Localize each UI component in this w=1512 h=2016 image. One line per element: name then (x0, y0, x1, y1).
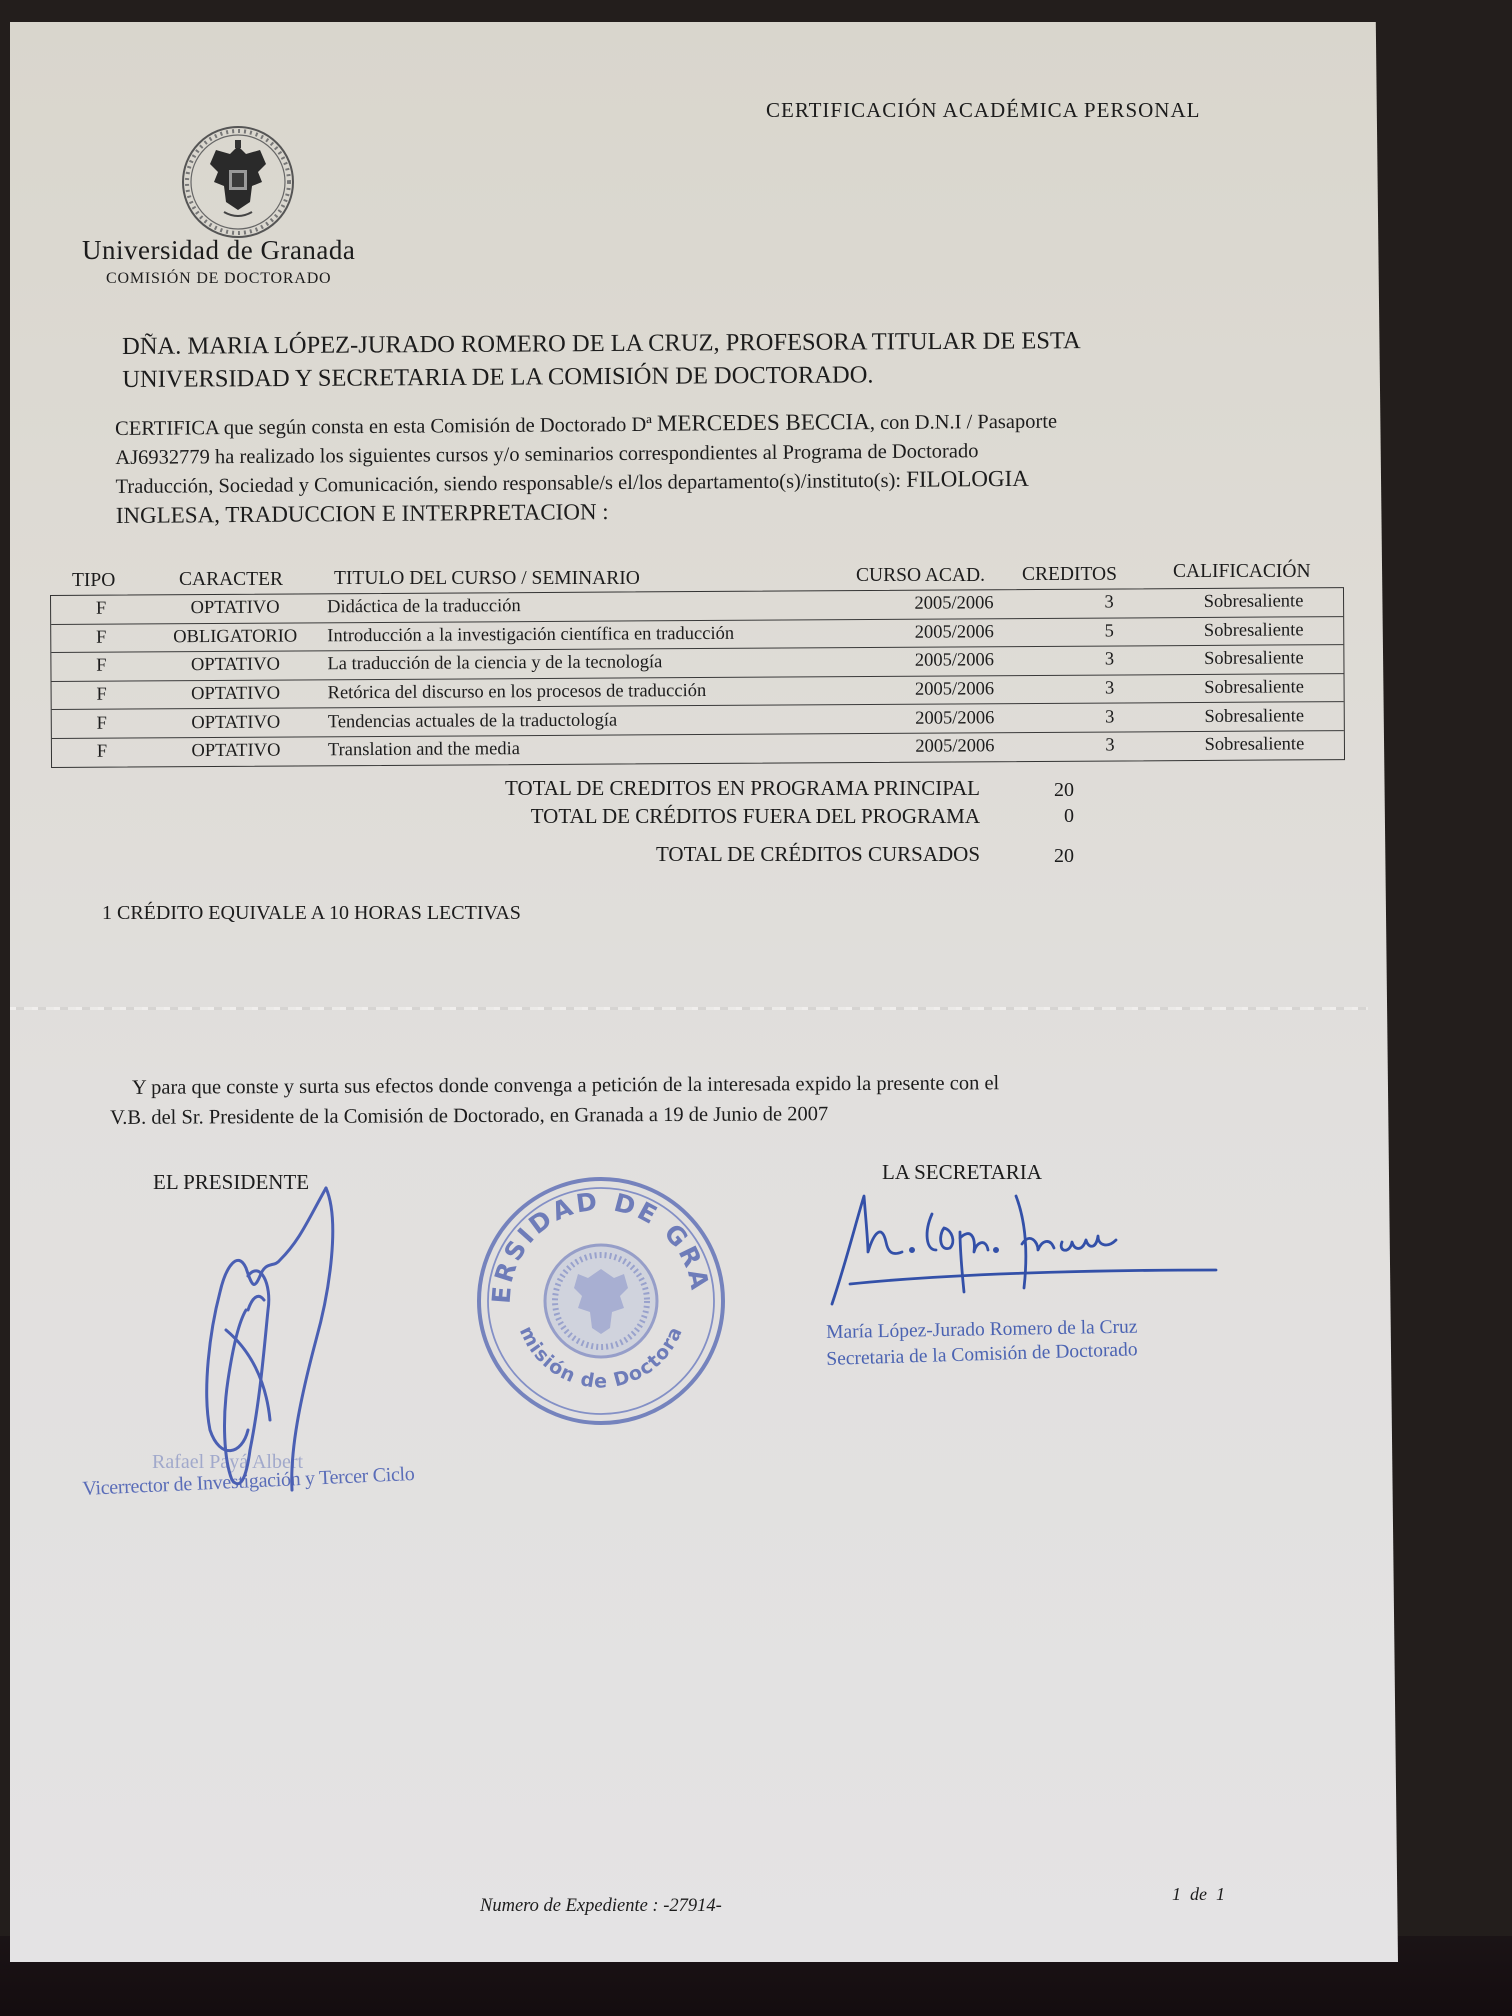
cert-text-2: ha realizado los siguientes cursos y/o s… (215, 440, 979, 468)
cert-lead: CERTIFICA que según consta en esta Comis… (115, 414, 652, 440)
department-1: FILOLOGIA (906, 466, 1029, 492)
cell-caracter: OPTATIVO (152, 683, 320, 705)
issuer-statement: DÑA. MARIA LÓPEZ-JURADO ROMERO DE LA CRU… (122, 323, 1282, 396)
president-signature-icon (180, 1180, 350, 1520)
total-principal-label: TOTAL DE CREDITOS EN PROGRAMA PRINCIPAL (505, 776, 980, 801)
courses-table: F OPTATIVO Didáctica de la traducción 20… (50, 587, 1345, 767)
official-seal-icon: UNIVERSIDAD DE GRANADA Comisión de Docto… (474, 1174, 728, 1428)
cert-text-3: Traducción, Sociedad y Comunicación, sie… (115, 470, 901, 498)
certificate-page (10, 22, 1398, 1962)
secretary-signature-icon (826, 1192, 1226, 1312)
student-name: MERCEDES BECCIA (657, 409, 870, 436)
cell-titulo: Retórica del discurso en los procesos de… (320, 680, 855, 704)
id-number: AJ6932779 (115, 446, 210, 469)
cell-creditos: 3 (1054, 592, 1164, 614)
id-label: , con D.N.I / Pasaporte (870, 411, 1057, 434)
cell-caracter: OPTATIVO (152, 712, 320, 734)
cell-calificacion: Sobresaliente (1164, 649, 1343, 671)
paper-fold-crease (10, 1007, 1368, 1010)
closing-statement: Y para que conste y surta sus efectos do… (110, 1067, 1230, 1133)
cell-curso: 2005/2006 (854, 622, 1054, 644)
header-titulo: TITULO DEL CURSO / SEMINARIO (334, 568, 640, 590)
cell-titulo: Introducción a la investigación científi… (319, 623, 854, 647)
cell-titulo: La traducción de la ciencia y de la tecn… (319, 652, 854, 676)
header-caracter: CARACTER (179, 569, 283, 591)
cell-titulo: Translation and the media (320, 737, 855, 761)
cell-caracter: OPTATIVO (152, 741, 320, 763)
cell-curso: 2005/2006 (855, 679, 1055, 701)
cell-curso: 2005/2006 (855, 708, 1055, 730)
header-creditos: CREDITOS (1022, 564, 1117, 586)
closing-line-2: V.B. del Sr. Presidente de la Comisión d… (110, 1097, 1230, 1133)
expediente-number: Numero de Expediente : -27914- (480, 1896, 722, 1917)
page-indicator: 1 de 1 (1172, 1884, 1225, 1905)
document-title: CERTIFICACIÓN ACADÉMICA PERSONAL (766, 98, 1200, 123)
total-cursados-label: TOTAL DE CRÉDITOS CURSADOS (656, 842, 980, 867)
header-tipo: TIPO (72, 570, 115, 592)
total-cursados-value: 20 (1054, 845, 1074, 868)
cell-calificacion: Sobresaliente (1164, 591, 1343, 613)
university-name: Universidad de Granada (82, 235, 355, 266)
university-coat-of-arms-icon (180, 124, 296, 240)
cell-caracter: OPTATIVO (151, 655, 319, 677)
cell-calificacion: Sobresaliente (1165, 734, 1344, 756)
cell-tipo: F (51, 656, 151, 678)
cell-curso: 2005/2006 (855, 736, 1055, 758)
cell-caracter: OBLIGATORIO (151, 626, 319, 648)
cell-calificacion: Sobresaliente (1165, 677, 1344, 699)
cell-curso: 2005/2006 (854, 593, 1054, 615)
cell-creditos: 3 (1055, 735, 1165, 757)
cell-creditos: 5 (1054, 621, 1164, 643)
cell-tipo: F (51, 627, 151, 649)
cell-creditos: 3 (1054, 650, 1164, 672)
cell-creditos: 3 (1055, 678, 1165, 700)
total-principal-value: 20 (1054, 779, 1074, 802)
header-curso: CURSO ACAD. (856, 565, 985, 587)
department-2: INGLESA, TRADUCCION E INTERPRETACION : (116, 499, 609, 528)
cell-tipo: F (52, 713, 152, 735)
cell-curso: 2005/2006 (854, 650, 1054, 672)
cell-tipo: F (52, 684, 152, 706)
department-name: COMISIÓN DE DOCTORADO (106, 270, 331, 288)
cell-calificacion: Sobresaliente (1165, 706, 1344, 728)
header-calificacion: CALIFICACIÓN (1173, 561, 1311, 583)
cell-caracter: OPTATIVO (151, 598, 319, 620)
secretary-label: LA SECRETARIA (882, 1160, 1042, 1185)
certification-paragraph: CERTIFICA que según consta en esta Comis… (115, 405, 1306, 531)
total-fuera-label: TOTAL DE CRÉDITOS FUERA DEL PROGRAMA (531, 804, 980, 829)
cell-tipo: F (51, 599, 151, 621)
cell-creditos: 3 (1055, 707, 1165, 729)
cell-calificacion: Sobresaliente (1164, 620, 1343, 642)
total-fuera-value: 0 (1064, 805, 1074, 828)
credit-equivalence-note: 1 CRÉDITO EQUIVALE A 10 HORAS LECTIVAS (102, 902, 521, 925)
cell-titulo: Didáctica de la traducción (319, 594, 854, 618)
cell-tipo: F (52, 742, 152, 764)
cell-titulo: Tendencias actuales de la traductología (320, 709, 855, 733)
